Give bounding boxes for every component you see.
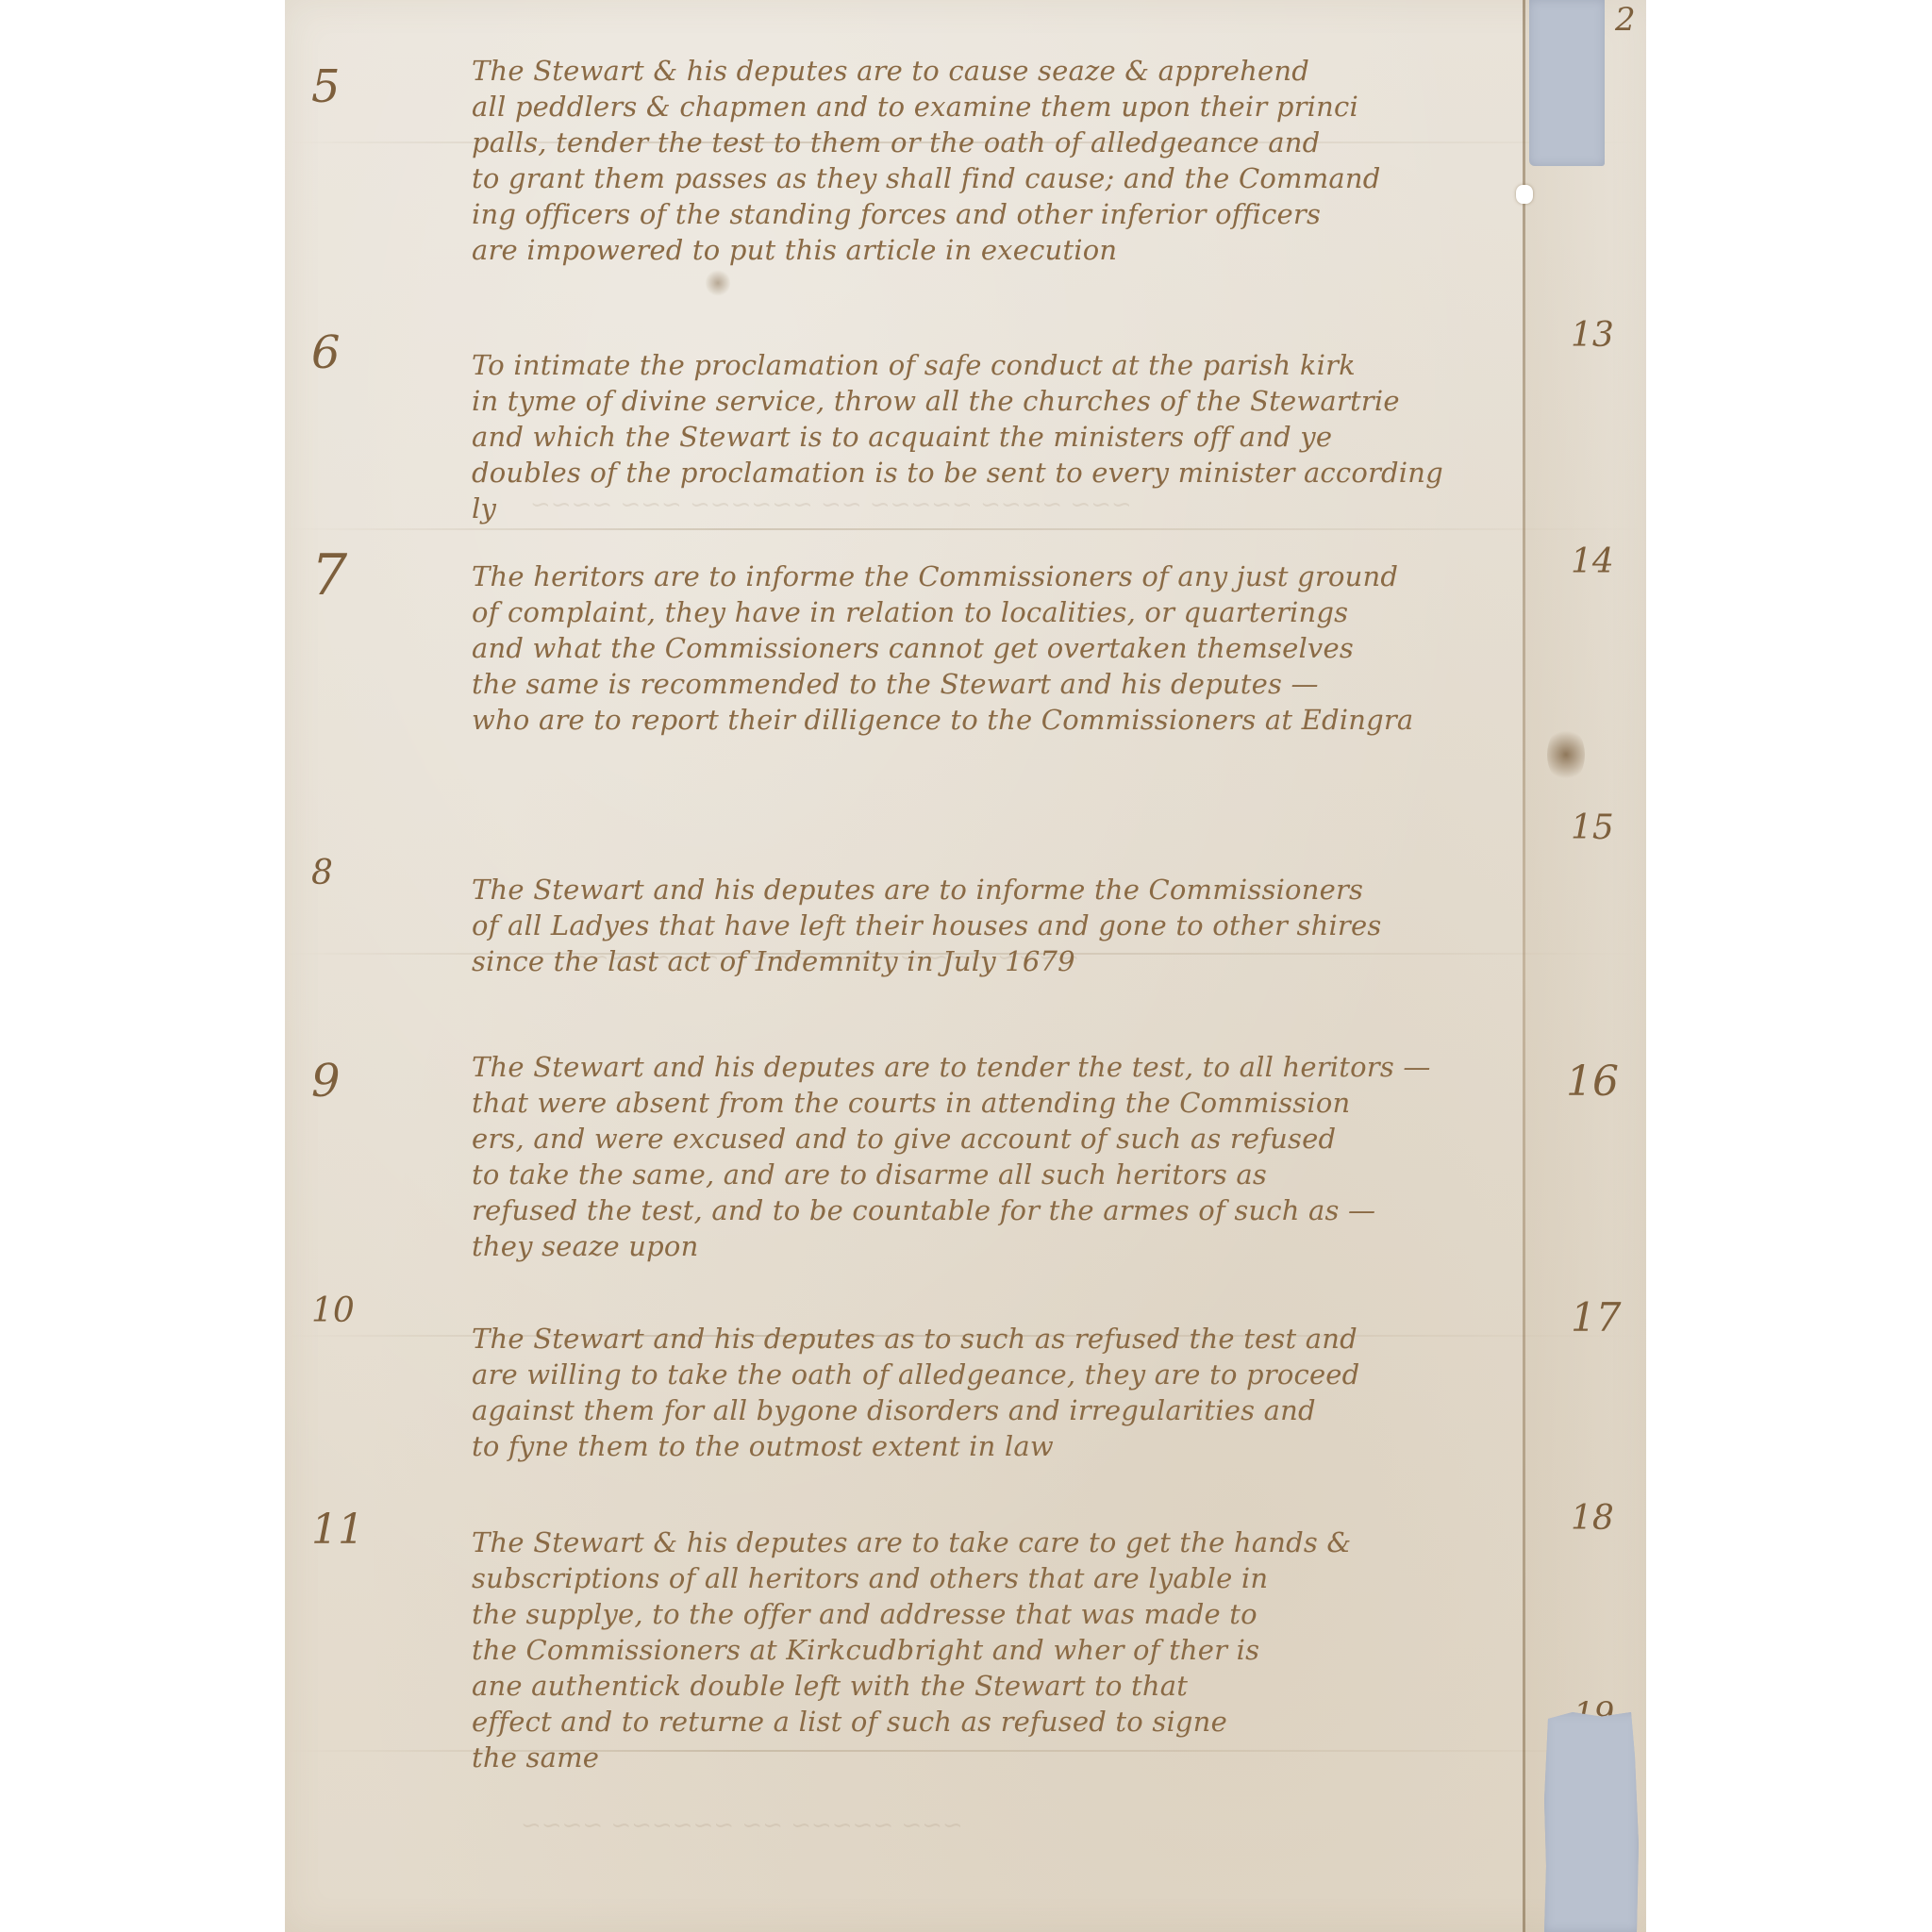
entry-line: to grant them passes as they shall find … [472,160,1524,196]
entry-11: The Stewart & his deputes are to take ca… [472,1524,1524,1775]
entry-line: To intimate the proclamation of safe con… [472,347,1524,383]
margin-number: 13 [1571,319,1614,353]
entry-6: To intimate the proclamation of safe con… [472,347,1524,526]
entry-line: The Stewart & his deputes are to cause s… [472,53,1524,89]
entry-7: The heritors are to informe the Commissi… [472,558,1524,738]
margin-number: 17 [1571,1298,1621,1338]
entry-9: The Stewart and his deputes are to tende… [472,1049,1524,1264]
entry-line: are impowered to put this article in exe… [472,232,1524,268]
entry-line: ing officers of the standing forces and … [472,196,1524,232]
entry-10: The Stewart and his deputes as to such a… [472,1321,1524,1464]
right-margin-strip [1525,0,1646,1932]
entry-line: and which the Stewart is to acquaint the… [472,419,1524,455]
entry-line: of all Ladyes that have left their house… [472,908,1524,943]
entry-line: are willing to take the oath of alledgea… [472,1357,1524,1392]
repair-tape-top [1529,0,1605,166]
entry-line: of complaint, they have in relation to l… [472,594,1524,630]
item-number: 5 [311,64,341,109]
entry-line: The heritors are to informe the Commissi… [472,558,1524,594]
item-number: 9 [311,1058,341,1104]
entry-line: the same [472,1740,1524,1775]
fold-crease [285,528,1646,530]
entry-8: The Stewart and his deputes are to infor… [472,872,1524,979]
entry-line: all peddlers & chapmen and to examine th… [472,89,1524,125]
manuscript-viewer: ~~~ ~~~~ ~~~~~ ~~ ~~~~~~ ~~~ ~~~~ ~~~~ ~… [0,0,1932,1932]
repair-tape-bottom-overlay [1544,1712,1639,1932]
entry-line: The Stewart and his deputes as to such a… [472,1321,1524,1357]
entry-5: The Stewart & his deputes are to cause s… [472,53,1524,268]
item-number: 11 [311,1509,364,1551]
entry-line: refused the test, and to be countable fo… [472,1192,1524,1228]
entry-line: they seaze upon [472,1228,1524,1264]
ink-stain [706,269,730,297]
margin-number: 18 [1571,1502,1614,1536]
page-number: 2 [1615,4,1636,36]
entry-line: the Commissioners at Kirkcudbright and w… [472,1632,1524,1668]
entry-line: doubles of the proclamation is to be sen… [472,455,1524,491]
margin-number: 14 [1571,545,1614,579]
item-number: 8 [311,857,333,891]
entry-line: ly [472,491,1524,526]
entry-line: to take the same, and are to disarme all… [472,1157,1524,1192]
item-number: 10 [311,1294,355,1328]
entry-line: the same is recommended to the Stewart a… [472,666,1524,702]
entry-line: subscriptions of all heritors and others… [472,1560,1524,1596]
entry-line: in tyme of divine service, throw all the… [472,383,1524,419]
entry-line: against them for all bygone disorders an… [472,1392,1524,1428]
entry-line: the supplye, to the offer and addresse t… [472,1596,1524,1632]
entry-line: and what the Commissioners cannot get ov… [472,630,1524,666]
entry-line: who are to report their dilligence to th… [472,702,1524,738]
ink-stain [1547,726,1585,783]
entry-line: The Stewart and his deputes are to infor… [472,872,1524,908]
entry-line: The Stewart & his deputes are to take ca… [472,1524,1524,1560]
entry-line: to fyne them to the outmost extent in la… [472,1428,1524,1464]
item-number: 6 [311,330,341,375]
entry-line: palls, tender the test to them or the oa… [472,125,1524,160]
entry-line: ane authentick double left with the Stew… [472,1668,1524,1704]
entry-line: since the last act of Indemnity in July … [472,943,1524,979]
entry-line: that were absent from the courts in atte… [472,1085,1524,1121]
margin-number: 15 [1571,811,1614,845]
entry-line: The Stewart and his deputes are to tende… [472,1049,1524,1085]
item-number: 7 [311,547,347,604]
margin-number: 16 [1566,1061,1619,1103]
show-through-text: ~~~ ~~~~~ ~~ ~~~~~~ ~~~~ [521,1811,963,1840]
entry-line: effect and to returne a list of such as … [472,1704,1524,1740]
entry-line: ers, and were excused and to give accoun… [472,1121,1524,1157]
